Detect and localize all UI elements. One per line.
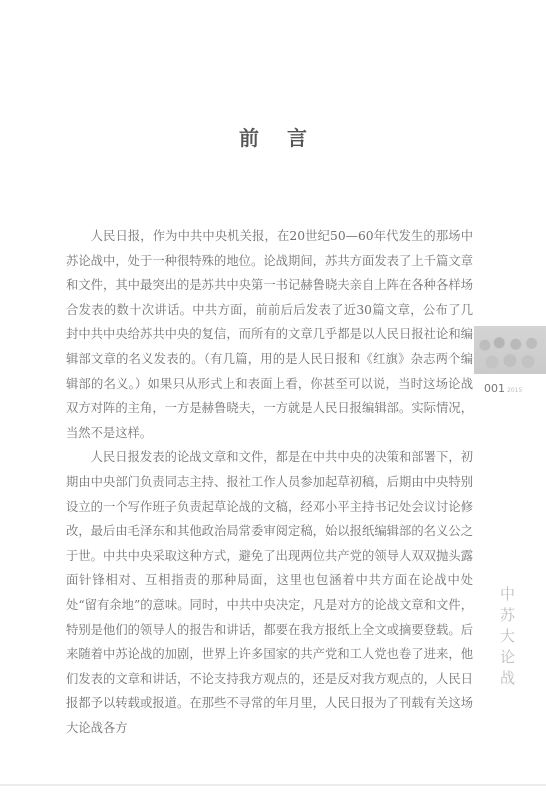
page-number-suffix: 2015	[507, 387, 522, 394]
page-title: 前言	[0, 122, 546, 151]
paragraph: 人民日报发表的论战文章和文件，都是在中共中央的决策和部署下，初期由中央部门负责同…	[66, 445, 473, 740]
page-bottom-edge	[0, 784, 546, 786]
page-number-value: 001	[484, 382, 505, 395]
body-text: 人民日报，作为中共中央机关报，在20世纪50—60年代发生的那场中苏论战中，处于…	[66, 224, 473, 740]
side-photo	[474, 326, 546, 374]
book-title-vertical: 中苏大论战	[498, 586, 518, 691]
paragraph: 人民日报，作为中共中央机关报，在20世纪50—60年代发生的那场中苏论战中，处于…	[66, 224, 473, 445]
page-number: 0012015	[484, 382, 522, 395]
